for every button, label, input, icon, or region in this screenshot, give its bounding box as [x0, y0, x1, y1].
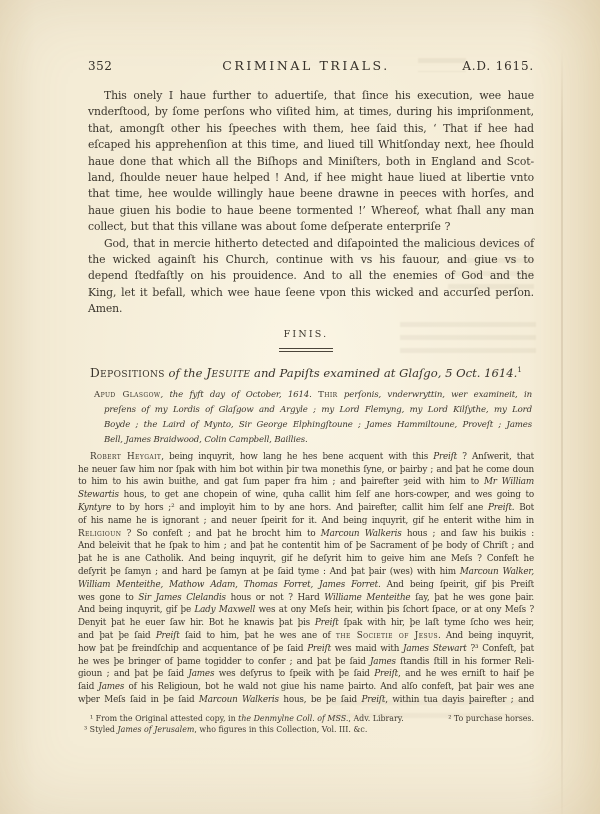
section-divider-rule	[279, 348, 333, 352]
text-line: vnderſtood, by ſome perſons who viſited …	[88, 104, 534, 120]
text-line: Bell, James Braidwood, Colin Campbell, B…	[104, 433, 532, 448]
text-line: how þat þe freindſchip and acquentance o…	[78, 643, 534, 656]
text-line: Religioun ? So confeſt ; and þat he broc…	[78, 528, 534, 541]
page-number: 352	[78, 59, 222, 73]
text-line: Depositions of the Jesuite and Papiſts e…	[78, 366, 534, 380]
footnote-1: ¹ From the Original attested copy, in th…	[90, 713, 404, 725]
text-line: ſaid James of his Religioun, bot he wald…	[78, 681, 534, 694]
text-line: Denyit þat he euer ſaw hir. Bot he knawi…	[78, 617, 534, 630]
finis-label: FINIS.	[78, 329, 534, 340]
text-line: of his name he is ignorant ; and neuer ſ…	[78, 515, 534, 528]
text-line: haue giuen his bodie to haue beene torme…	[88, 203, 534, 219]
text-line: collect, but that this villane was about…	[88, 219, 534, 235]
footnote-3: ³ Styled James of Jerusalem, who figures…	[78, 724, 534, 736]
text-line: gioun ; and þat þe ſaid James wes deſyru…	[78, 668, 534, 681]
text-line: haue done that which all the Biſhops and…	[88, 154, 534, 170]
text-line: deſyrit þe ſamyn ; and hard þe ſamyn at …	[78, 566, 534, 579]
text-line: God, that in mercie hitherto detected an…	[88, 236, 534, 252]
running-title: CRIMINAL TRIALS.	[222, 58, 390, 73]
text-line: King, let it befall, which wee haue ſeen…	[88, 285, 534, 301]
text-line: Robert Heygait, being inquyrit, how lang…	[78, 451, 534, 464]
text-line: and þat þe ſaid Preiſt ſaid to him, þat …	[78, 630, 534, 643]
footnote-2: ² To purchase horses.	[448, 713, 534, 725]
scanned-book-page: 352 CRIMINAL TRIALS. A.D. 1615. This one…	[0, 0, 600, 814]
text-line: depend ſtedfaſtly on his prouidence. And…	[88, 268, 534, 284]
page-edge-shadow	[561, 48, 563, 814]
text-line: Stewartis hous, to get ane chopein of wi…	[78, 489, 534, 502]
text-line: he wes þe bringer of þame togidder to co…	[78, 656, 534, 669]
text-line: William Menteithe, Mathow Adam, Thomas F…	[78, 579, 534, 592]
text-line: þat he is ane Catholik. And being inquyr…	[78, 553, 534, 566]
text-line: Amen.	[88, 301, 534, 317]
text-line: that, amongſt other his ſpeeches with th…	[88, 121, 534, 137]
text-line: This onely I haue further to aduertiſe, …	[88, 88, 534, 104]
section-heading: Depositions of the Jesuite and Papiſts e…	[78, 366, 534, 380]
text-line: eſcaped his apprehenſion at this time, a…	[88, 137, 534, 153]
text-line: preſens of my Lordis of Glaſgow and Argy…	[104, 403, 532, 418]
text-line: the wicked againſt his Church, continue …	[88, 252, 534, 268]
paragraph-execution-speech: This onely I haue further to aduertiſe, …	[88, 88, 534, 236]
paragraph-prayer: God, that in mercie hitherto detected an…	[88, 236, 534, 318]
text-line: wþer Meſs ſaid in þe ſaid Marcoun Walker…	[78, 694, 534, 707]
text-line: ³ Styled James of Jerusalem, who figures…	[84, 724, 534, 736]
text-line: land, ſhoulde neuer haue helped ! And, i…	[88, 170, 534, 186]
text-line: that time, hee woulde willingly haue bee…	[88, 186, 534, 202]
text-line: he neuer ſaw him nor ſpak with him bot w…	[78, 464, 534, 477]
page-content: 352 CRIMINAL TRIALS. A.D. 1615. This one…	[78, 58, 534, 736]
footnote-row: ¹ From the Original attested copy, in th…	[78, 713, 534, 725]
header-date: A.D. 1615.	[390, 59, 534, 73]
page-header: 352 CRIMINAL TRIALS. A.D. 1615.	[78, 58, 534, 73]
deposition-body: Robert Heygait, being inquyrit, how lang…	[78, 451, 534, 707]
text-line: Boyde ; the Laird of Mynto, Sir George E…	[104, 418, 532, 433]
footnotes: ¹ From the Original attested copy, in th…	[78, 713, 534, 736]
text-line: And being inquyrit, gif þe Lady Maxwell …	[78, 604, 534, 617]
deposition-preamble: Apud Glasgow, the fyft day of October, 1…	[104, 388, 532, 448]
text-line: wes gone to Sir James Clelandis hous or …	[78, 592, 534, 605]
text-line: ¹ From the Original attested copy, in th…	[90, 713, 404, 725]
text-line: And beleivit that he ſpak to him ; and þ…	[78, 540, 534, 553]
text-line: to him to his awin buithe, and gat ſum p…	[78, 476, 534, 489]
text-line: Kyntyre to by hors ;² and imployit him t…	[78, 502, 534, 515]
text-line: Apud Glasgow, the fyft day of October, 1…	[104, 388, 532, 403]
